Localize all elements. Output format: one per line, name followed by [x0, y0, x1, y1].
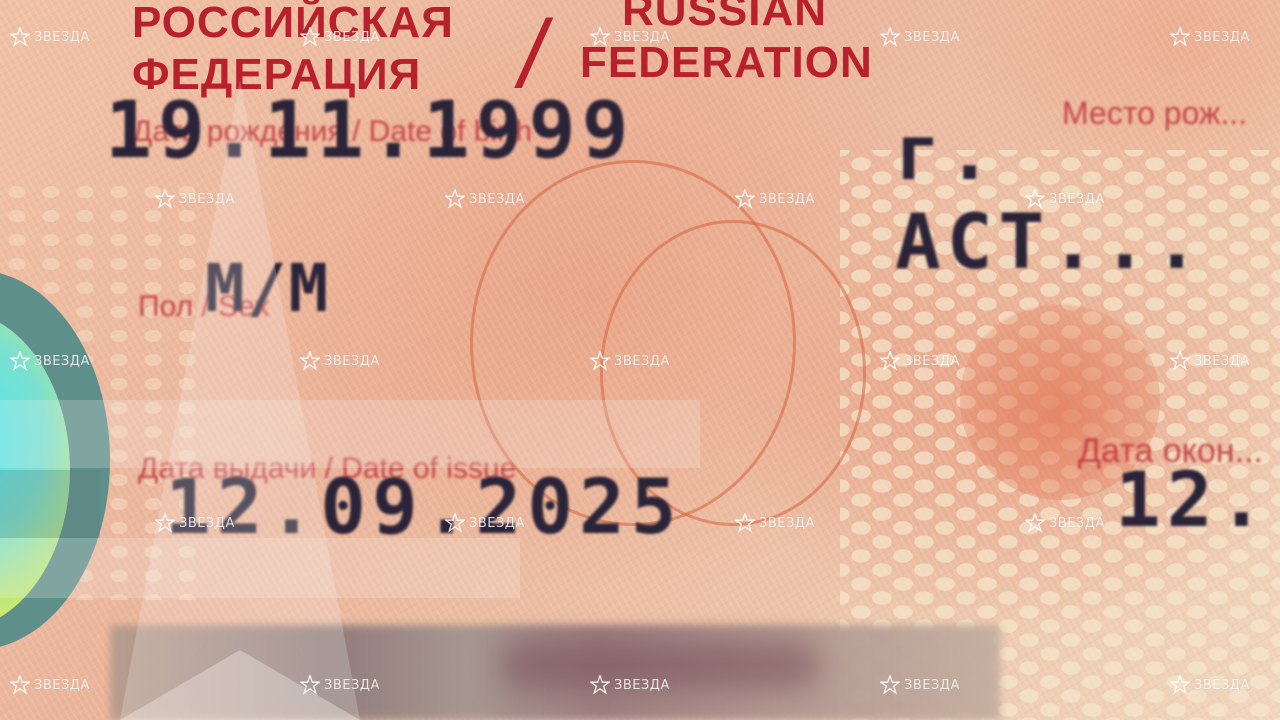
redacted-area-blur [500, 640, 820, 690]
date-of-expiry-value: 12. [1115, 455, 1270, 544]
header-ru-line1: РОССИЙСКАЯ [132, 0, 454, 48]
sex-value: М/M [205, 250, 330, 327]
header-en-line1: RUSSIAN [622, 0, 827, 36]
date-of-birth-value: 19.11.1999 [105, 86, 635, 176]
place-of-birth-value: г. АСТ... [895, 108, 1280, 286]
date-of-issue-value: 12.09.2025 [165, 462, 683, 551]
header-en-line2: FEDERATION [580, 38, 873, 88]
